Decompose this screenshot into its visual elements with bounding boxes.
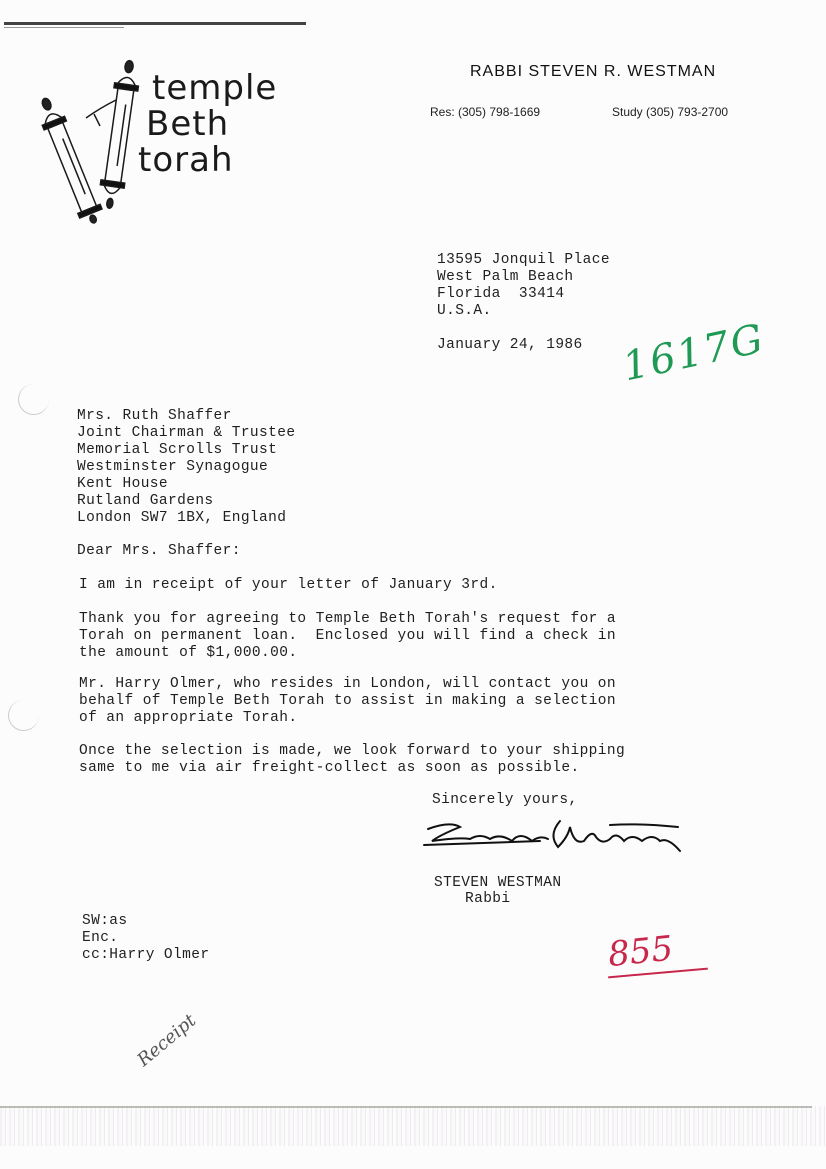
recipient-line: Kent House [77,476,295,493]
punch-hole-mark [8,700,39,731]
scan-edge-line [0,1106,812,1108]
handwritten-reference-number: 1617G [619,316,769,391]
valediction: Sincerely yours, [432,792,578,809]
recipient-line: Westminster Synagogue [77,459,295,476]
body-paragraph: Once the selection is made, we look forw… [79,743,625,777]
body-paragraph: Mr. Harry Olmer, who resides in London, … [79,676,616,727]
enclosure-note: Enc. [82,930,209,947]
signer-name: STEVEN WESTMAN [434,875,561,892]
logo-line: temple [152,70,277,106]
address-line: West Palm Beach [437,269,610,286]
recipient-address: Mrs. Ruth Shaffer Joint Chairman & Trust… [77,408,295,527]
handwritten-pencil-note: Receipt [133,1010,200,1071]
signature [420,815,690,865]
handwritten-red-note: 855 [608,930,708,974]
recipient-line: London SW7 1BX, England [77,510,295,527]
scan-edge-line [4,27,124,28]
scan-noise-band [0,1106,826,1146]
punch-hole-mark [18,384,49,415]
address-line: Florida 33414 [437,286,610,303]
salutation: Dear Mrs. Shaffer: [77,543,241,560]
rabbi-name-heading: RABBI STEVEN R. WESTMAN [470,63,716,81]
logo-line: torah [138,142,277,178]
cc-line: cc:Harry Olmer [82,947,209,964]
logo-line: Beth [146,106,277,142]
sender-address: 13595 Jonquil Place West Palm Beach Flor… [437,252,610,320]
recipient-line: Joint Chairman & Trustee [77,425,295,442]
signer-title: Rabbi [465,891,511,908]
address-line: U.S.A. [437,303,610,320]
logo-wordmark: temple Beth torah [152,70,277,178]
reference-block: SW:as Enc. cc:Harry Olmer [82,913,209,964]
address-line: 13595 Jonquil Place [437,252,610,269]
recipient-line: Memorial Scrolls Trust [77,442,295,459]
recipient-line: Mrs. Ruth Shaffer [77,408,295,425]
red-note-text: 855 [606,925,710,975]
letter-date: January 24, 1986 [437,337,583,354]
recipient-line: Rutland Gardens [77,493,295,510]
scan-edge-line [4,22,306,25]
body-paragraph: I am in receipt of your letter of Januar… [79,577,498,594]
study-phone: Study (305) 793-2700 [612,105,728,119]
body-paragraph: Thank you for agreeing to Temple Beth To… [79,611,616,662]
residence-phone: Res: (305) 798-1669 [430,105,540,119]
typist-initials: SW:as [82,913,209,930]
